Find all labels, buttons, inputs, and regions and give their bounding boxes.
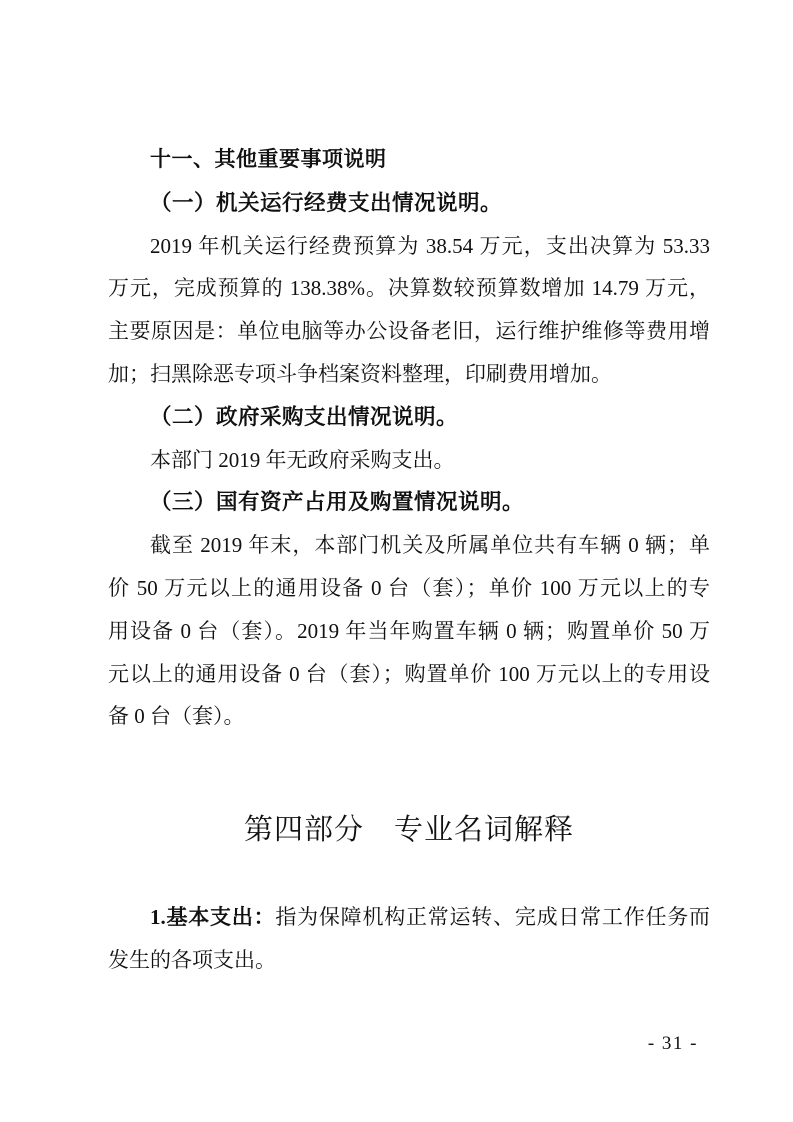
part4-title-terminology: 第四部分 专业名词解释 [108,806,710,854]
text-line: 本部门 2019 年无政府采购支出。 [108,439,710,482]
paragraph-government-procurement: 本部门 2019 年无政府采购支出。 [108,439,710,482]
term-definition-part1: 指为保障机构正常运转、完成日常工作任务而 [275,905,710,929]
document-page: 十一、其他重要事项说明 （一）机关运行经费支出情况说明。 2019 年机关运行经… [0,0,793,1122]
text-line: 价 50 万元以上的通用设备 0 台（套）；单价 100 万元以上的专 [108,567,710,610]
page-number: - 31 - [648,1033,698,1055]
term-label-basic-expenditure: 1.基本支出： [150,905,275,929]
subsection-2-title-government-procurement: （二）政府采购支出情况说明。 [108,396,710,439]
text-line: 2019 年机关运行经费预算为 38.54 万元，支出决算为 53.33 [108,225,710,268]
text-line: 元以上的通用设备 0 台（套）；购置单价 100 万元以上的专用设 [108,653,710,696]
paragraph-state-assets: 截至 2019 年末，本部门机关及所属单位共有车辆 0 辆；单价 50 万元以上… [108,524,710,738]
text-line: 主要原因是：单位电脑等办公设备老旧，运行维护维修等费用增 [108,310,710,353]
paragraph-operating-expense: 2019 年机关运行经费预算为 38.54 万元，支出决算为 53.33万元，完… [108,225,710,396]
text-line: 发生的各项支出。 [108,939,710,982]
subsection-1-title-operating-expense: （一）机关运行经费支出情况说明。 [108,182,710,225]
paragraph-term-basic-expenditure: 1.基本支出：指为保障机构正常运转、完成日常工作任务而 发生的各项支出。 [108,896,710,982]
text-line: 1.基本支出：指为保障机构正常运转、完成日常工作任务而 [108,896,710,939]
text-line: 备 0 台（套）。 [108,695,710,738]
text-line: 用设备 0 台（套）。2019 年当年购置车辆 0 辆；购置单价 50 万 [108,610,710,653]
document-content: 十一、其他重要事项说明 （一）机关运行经费支出情况说明。 2019 年机关运行经… [108,139,710,982]
text-line: 截至 2019 年末，本部门机关及所属单位共有车辆 0 辆；单 [108,524,710,567]
section-heading-other-important-matters: 十一、其他重要事项说明 [108,139,710,182]
text-line: 万元，完成预算的 138.38%。决算数较预算数增加 14.79 万元， [108,267,710,310]
text-line: 加；扫黑除恶专项斗争档案资料整理，印刷费用增加。 [108,353,710,396]
subsection-3-title-state-assets: （三）国有资产占用及购置情况说明。 [108,481,710,524]
